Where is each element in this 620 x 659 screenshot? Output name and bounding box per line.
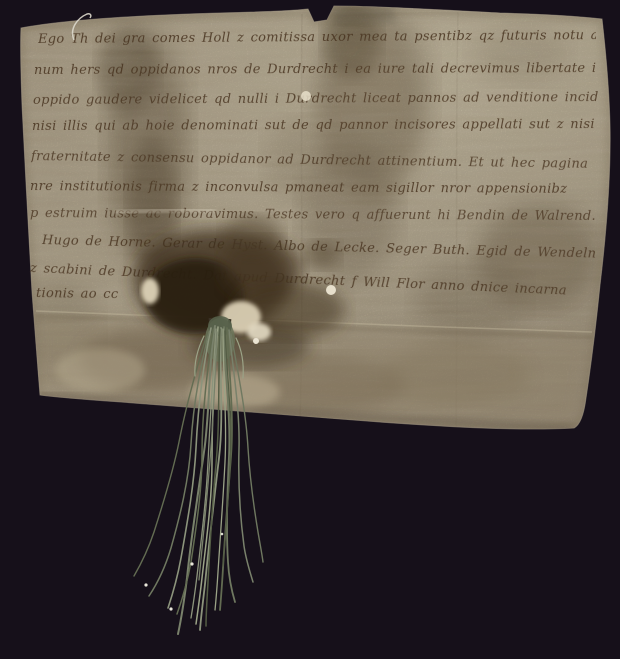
stain-wash xyxy=(480,212,590,308)
parchment-overlays xyxy=(0,0,620,659)
stain-wash xyxy=(320,30,420,210)
stain-wash xyxy=(115,60,185,260)
photo-background: Ego Th dei gra comes Holl z comitissa ux… xyxy=(0,0,620,659)
stray-fiber xyxy=(73,14,91,40)
